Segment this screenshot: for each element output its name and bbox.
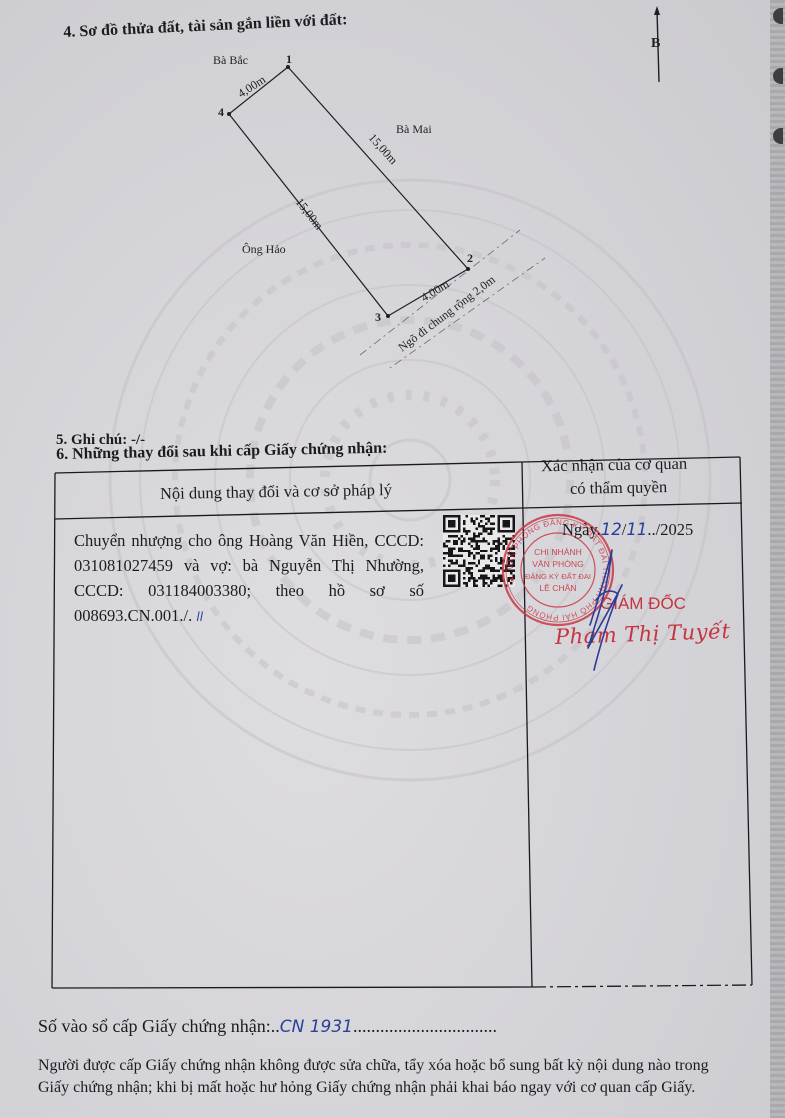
change-content-line: Chuyển nhượng cho ông Hoàng Văn Hiền, CC… [74,528,424,553]
notice-text: Người được cấp Giấy chứng nhận không đượ… [38,1055,709,1099]
column-header-content: Nội dung thay đổi và cơ sở pháp lý [160,480,392,504]
north-label: B [651,36,660,51]
vertex-4: 4 [218,105,224,119]
change-content-line: 008693.CN.001./. ll [74,603,424,630]
neighbor-north: Bà Bắc [213,53,248,67]
binding-hole [773,128,783,144]
change-content: Chuyển nhượng cho ông Hoàng Văn Hiền, CC… [74,528,424,630]
date-separator: .. [647,520,655,539]
notice-line: Người được cấp Giấy chứng nhận không đượ… [38,1055,709,1077]
vertex-1: 1 [286,52,292,66]
north-arrow-icon: B [649,6,669,86]
handwritten-signature [560,530,640,680]
change-content-line: 031081027459 và vợ: bà Nguyễn Thị Nhường… [74,553,424,578]
binding-hole [773,68,783,84]
paper-edge [770,0,785,1118]
neighbor-west: Ông Hảo [242,242,286,256]
date-year: /2025 [656,520,694,539]
column-header-confirmation-line1: Xác nhận của cơ quan [541,454,687,477]
column-header-confirmation-line2: có thẩm quyền [570,477,667,499]
registration-line: Số vào sổ cấp Giấy chứng nhận:..CN 1931.… [38,1016,497,1037]
vertex-3: 3 [375,310,381,324]
dossier-number: 008693.CN.001./. [74,606,192,625]
edge-4-3-length: 15,00m [293,195,327,233]
handwritten-initials: ll [196,610,203,624]
svg-text:★: ★ [509,576,515,584]
leader-dots: ................................ [353,1016,497,1036]
neighbor-east: Bà Mai [396,122,432,136]
binding-hole [773,8,783,24]
leader-dots: .. [271,1016,280,1036]
notice-line: Giấy chứng nhận; khi bị mất hoặc hư hỏng… [38,1077,709,1099]
registration-number: CN 1931 [280,1017,353,1037]
registration-label: Số vào sổ cấp Giấy chứng nhận: [38,1016,271,1036]
vertex-2: 2 [467,251,473,265]
parcel-diagram: 1 2 3 4 Bà Bắc Bà Mai Ông Hảo 4,00m 15,0… [180,40,580,370]
edge-1-2-length: 15,00m [366,131,401,168]
change-content-line: CCCD: 031184003380; theo hồ sơ số [74,578,424,603]
